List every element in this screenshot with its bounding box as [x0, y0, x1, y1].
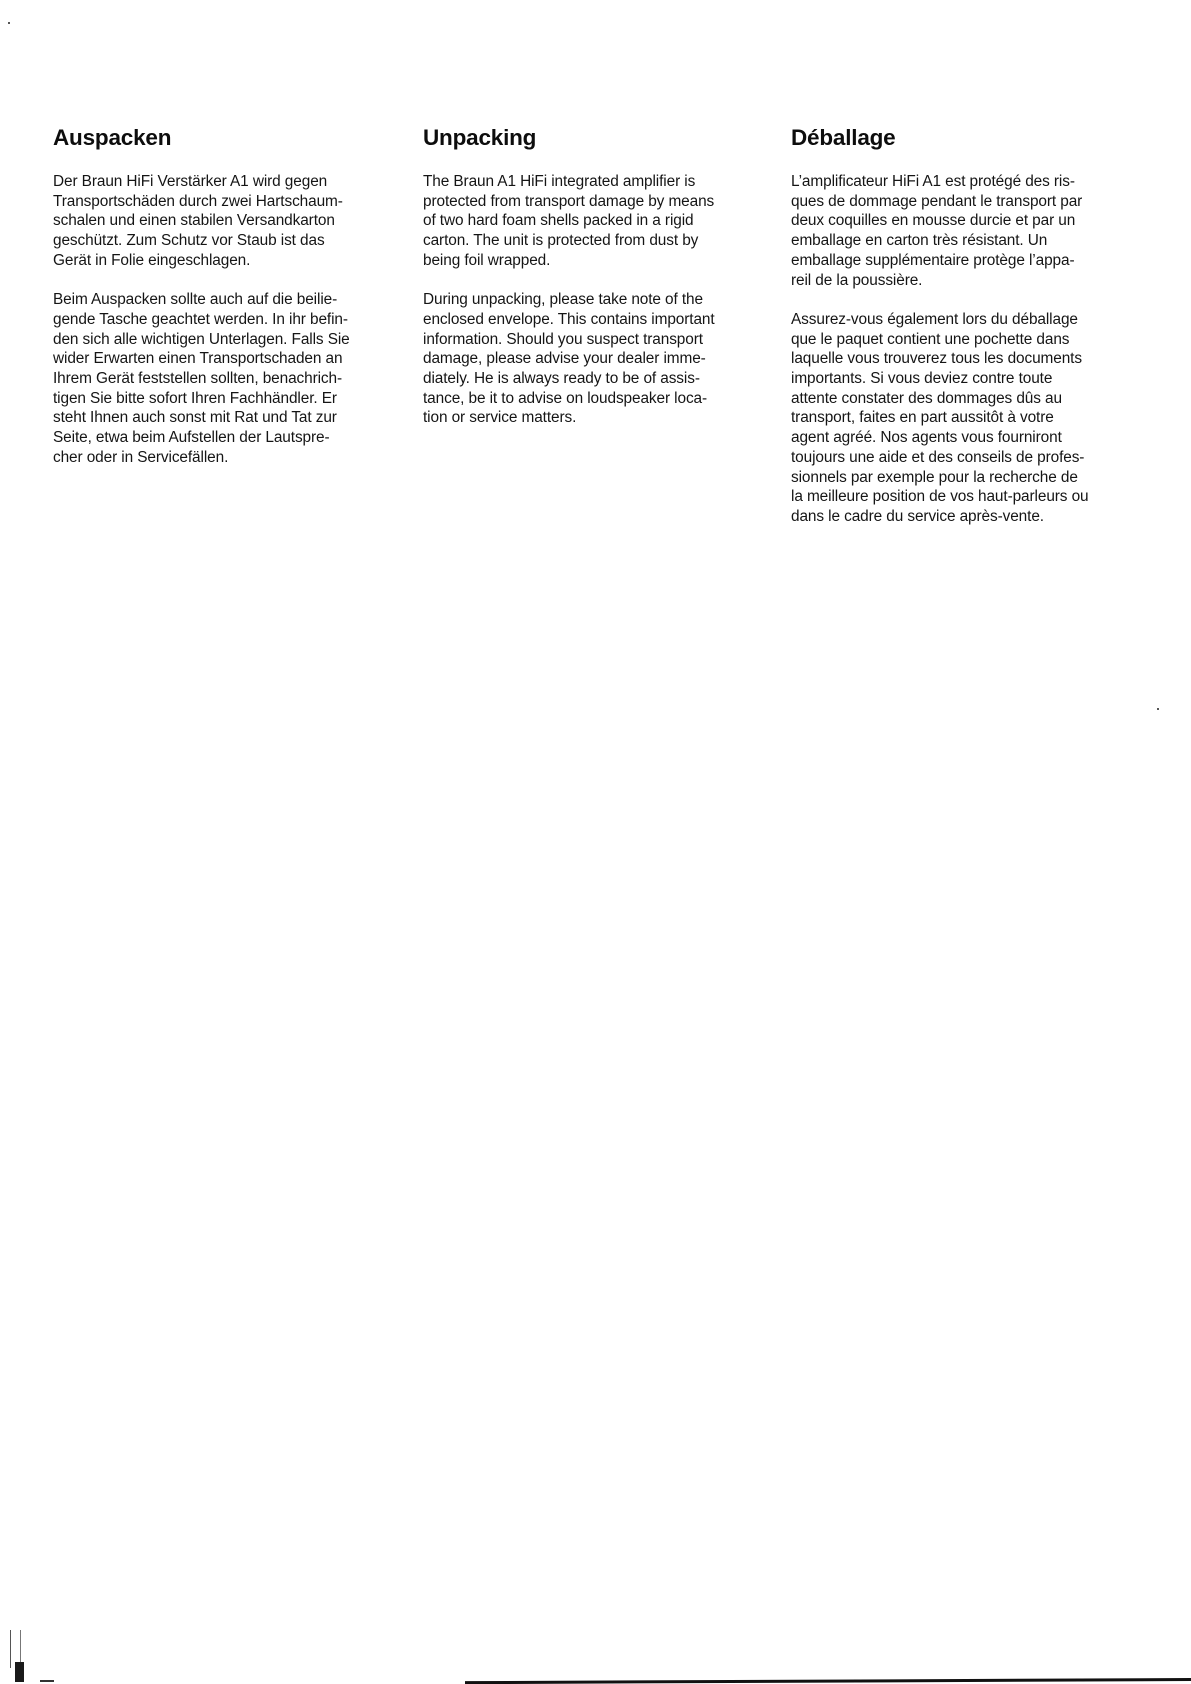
text-line: transport, faites en part aussitôt à vot… — [791, 408, 1136, 428]
bottom-edge-rule — [465, 1678, 1191, 1684]
paragraph-de-1: Der Braun HiFi Verstärker A1 wird gegen … — [53, 172, 398, 271]
text-line: gende Tasche geachtet werden. In ihr bef… — [53, 310, 398, 330]
scan-speck — [8, 22, 10, 24]
text-line: carton. The unit is protected from dust … — [423, 231, 768, 251]
text-line: dans le cadre du service après-vente. — [791, 507, 1136, 527]
paragraph-fr-2: Assurez-vous également lors du déballage… — [791, 310, 1136, 527]
text-line: agent agréé. Nos agents vous fourniront — [791, 428, 1136, 448]
text-line: Transportschäden durch zwei Hartschaum- — [53, 192, 398, 212]
text-line: enclosed envelope. This contains importa… — [423, 310, 768, 330]
text-line: damage, please advise your dealer imme- — [423, 349, 768, 369]
text-line: being foil wrapped. — [423, 251, 768, 271]
text-line: emballage en carton très résistant. Un — [791, 231, 1136, 251]
text-line: tion or service matters. — [423, 408, 768, 428]
heading-deballage: Déballage — [791, 124, 1136, 152]
text-line: ques de dommage pendant le transport par — [791, 192, 1136, 212]
text-line: diately. He is always ready to be of ass… — [423, 369, 768, 389]
text-line: Assurez-vous également lors du déballage — [791, 310, 1136, 330]
text-line: Ihrem Gerät feststellen sollten, benachr… — [53, 369, 398, 389]
text-line: den sich alle wichtigen Unterlagen. Fall… — [53, 330, 398, 350]
text-line: attente constater des dommages dûs au — [791, 389, 1136, 409]
text-line: steht Ihnen auch sonst mit Rat und Tat z… — [53, 408, 398, 428]
text-line: Der Braun HiFi Verstärker A1 wird gegen — [53, 172, 398, 192]
text-line: tance, be it to advise on loudspeaker lo… — [423, 389, 768, 409]
scan-corner-mark — [10, 1630, 24, 1682]
text-line: emballage supplémentaire protège l’appa- — [791, 251, 1136, 271]
text-line: toujours une aide et des conseils de pro… — [791, 448, 1136, 468]
text-line: The Braun A1 HiFi integrated amplifier i… — [423, 172, 768, 192]
text-line: of two hard foam shells packed in a rigi… — [423, 211, 768, 231]
heading-auspacken: Auspacken — [53, 124, 398, 152]
text-line: deux coquilles en mousse durcie et par u… — [791, 211, 1136, 231]
text-line: During unpacking, please take note of th… — [423, 290, 768, 310]
text-line: que le paquet contient une pochette dans — [791, 330, 1136, 350]
paragraph-fr-1: L’amplificateur HiFi A1 est protégé des … — [791, 172, 1136, 290]
scan-speck — [1157, 708, 1159, 710]
text-line: protected from transport damage by means — [423, 192, 768, 212]
column-english: Unpacking The Braun A1 HiFi integrated a… — [423, 124, 768, 428]
text-line: schalen und einen stabilen Versandkarton — [53, 211, 398, 231]
scan-dash — [40, 1680, 54, 1682]
text-line: importants. Si vous deviez contre toute — [791, 369, 1136, 389]
scan-line — [10, 1630, 11, 1668]
text-line: cher oder in Servicefällen. — [53, 448, 398, 468]
scan-blot — [15, 1662, 24, 1682]
paragraph-en-2: During unpacking, please take note of th… — [423, 290, 768, 428]
text-line: L’amplificateur HiFi A1 est protégé des … — [791, 172, 1136, 192]
text-line: tigen Sie bitte sofort Ihren Fachhändler… — [53, 389, 398, 409]
text-line: la meilleure position de vos haut-parleu… — [791, 487, 1136, 507]
text-line: information. Should you suspect transpor… — [423, 330, 768, 350]
text-line: Seite, etwa beim Aufstellen der Lautspre… — [53, 428, 398, 448]
column-german: Auspacken Der Braun HiFi Verstärker A1 w… — [53, 124, 398, 468]
heading-unpacking: Unpacking — [423, 124, 768, 152]
column-french: Déballage L’amplificateur HiFi A1 est pr… — [791, 124, 1136, 527]
text-line: geschützt. Zum Schutz vor Staub ist das — [53, 231, 398, 251]
text-line: Gerät in Folie eingeschlagen. — [53, 251, 398, 271]
text-line: reil de la poussière. — [791, 271, 1136, 291]
text-line: wider Erwarten einen Transportschaden an — [53, 349, 398, 369]
text-line: Beim Auspacken sollte auch auf die beili… — [53, 290, 398, 310]
text-line: sionnels par exemple pour la recherche d… — [791, 468, 1136, 488]
paragraph-en-1: The Braun A1 HiFi integrated amplifier i… — [423, 172, 768, 271]
text-line: laquelle vous trouverez tous les documen… — [791, 349, 1136, 369]
paragraph-de-2: Beim Auspacken sollte auch auf die beili… — [53, 290, 398, 467]
